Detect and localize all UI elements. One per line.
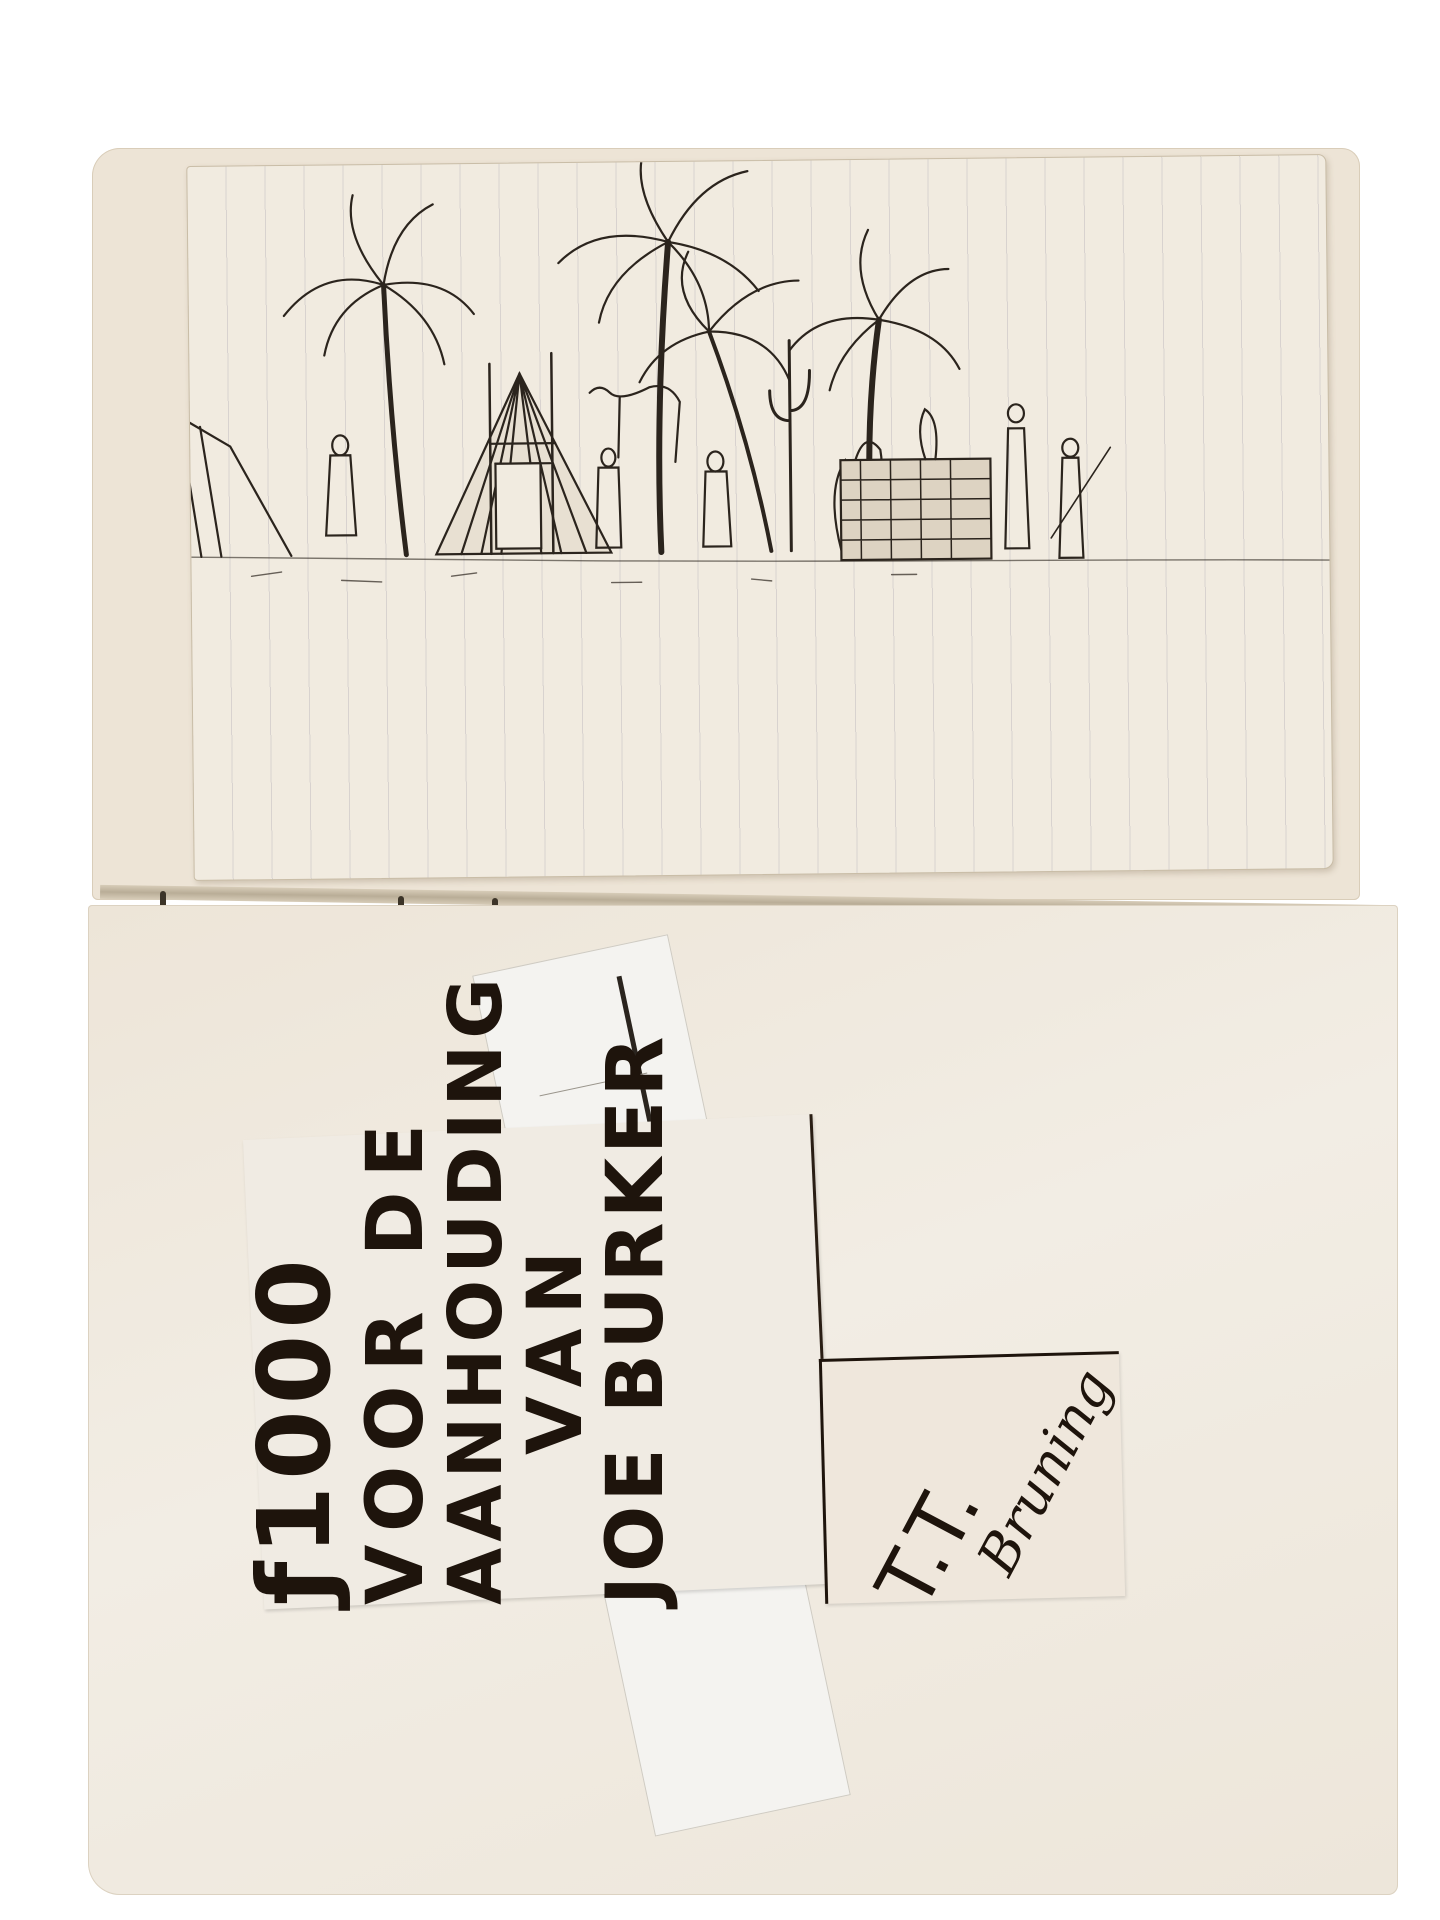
reward-note-text: ƒ1000 VOOR DE AANHOUDING VAN JOE BURKER	[245, 1135, 805, 1605]
reward-line-2: VOOR DE	[357, 1135, 435, 1605]
reward-amount: ƒ1000	[245, 1135, 345, 1605]
oasis-drawing	[187, 155, 1333, 881]
reward-line-3: AANHOUDING	[439, 1135, 513, 1605]
oasis-drawing-card	[186, 154, 1333, 881]
reward-name: JOE BURKER	[597, 1135, 675, 1605]
reward-line-4: VAN	[517, 1135, 593, 1605]
